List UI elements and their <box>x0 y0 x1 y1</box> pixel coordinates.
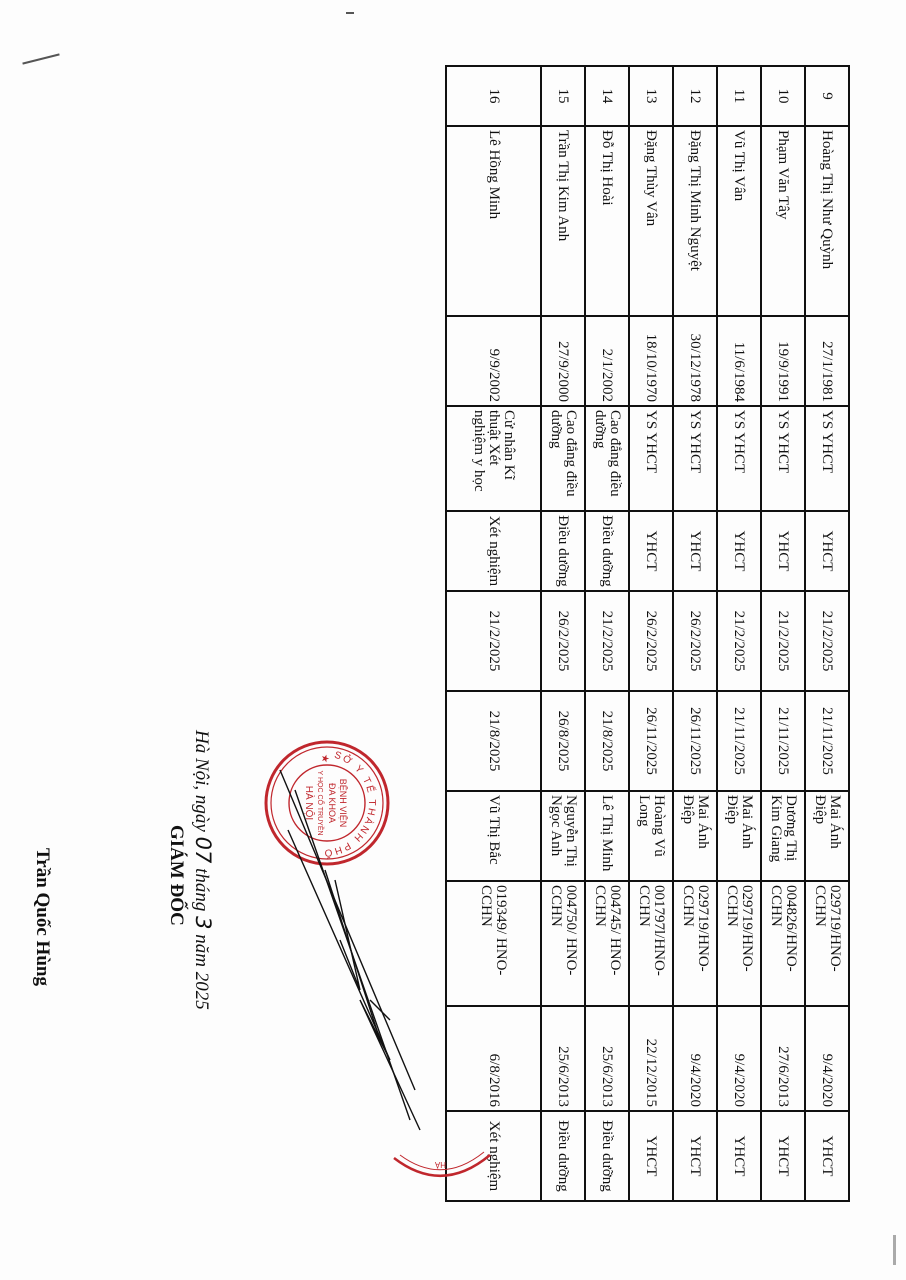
signature-block: Hà Nội, ngày 07 tháng 3 năm 2025 GIÁM ĐỐ… <box>15 730 215 1150</box>
cell-den-ngay: 26/8/2025 <box>541 691 585 791</box>
cell-nguoi-huong-dan: Mai Ánh Điệp <box>805 791 849 881</box>
cell-pham-vi: YHCT <box>805 1111 849 1201</box>
table-row: 14Đỗ Thị Hoài2/1/2002Cao đẳng điều dưỡng… <box>585 66 629 1201</box>
handwritten-signature-icon <box>240 760 440 1140</box>
cell-chuyen-mon: YHCT <box>717 511 761 591</box>
cell-ho-ten: Lê Hồng Minh <box>446 126 541 316</box>
cell-ngay-sinh: 19/9/1991 <box>761 316 805 406</box>
staff-table: 9Hoàng Thị Như Quỳnh27/1/1981YS YHCTYHCT… <box>445 65 850 1202</box>
cell-den-ngay: 21/8/2025 <box>446 691 541 791</box>
scan-mark <box>346 12 354 14</box>
cell-trinh-do: YS YHCT <box>717 406 761 511</box>
date-month: 3 <box>191 916 215 929</box>
cell-tu-ngay: 21/2/2025 <box>585 591 629 691</box>
cell-nguoi-huong-dan: Nguyễn Thị Ngọc Anh <box>541 791 585 881</box>
date-day: 07 <box>191 837 215 864</box>
cell-trinh-do: Cao đẳng điều dưỡng <box>585 406 629 511</box>
cell-ngay-sinh: 27/1/1981 <box>805 316 849 406</box>
cell-ngay-sinh: 2/1/2002 <box>585 316 629 406</box>
table-row: 16Lê Hồng Minh9/9/2002Cử nhân Kĩ thuật X… <box>446 66 541 1201</box>
cell-so-cchn: 029719/HNO-CCHN <box>717 881 761 1006</box>
cell-tu-ngay: 21/2/2025 <box>761 591 805 691</box>
cell-chuyen-mon: Điều dưỡng <box>541 511 585 591</box>
cell-ngay-sinh: 9/9/2002 <box>446 316 541 406</box>
cell-nguoi-huong-dan: Vũ Thị Bắc <box>446 791 541 881</box>
table-row: 10Phạm Văn Tây19/9/1991YS YHCTYHCT21/2/2… <box>761 66 805 1201</box>
cell-stt: 14 <box>585 66 629 126</box>
cell-trinh-do: Cao đẳng điều dưỡng <box>541 406 585 511</box>
table-row: 13Đặng Thùy Vân18/10/1970YS YHCTYHCT26/2… <box>629 66 673 1201</box>
cell-chuyen-mon: YHCT <box>629 511 673 591</box>
cell-so-cchn: 004745/ HNO-CCHN <box>585 881 629 1006</box>
partial-stamp-icon: HÀ <box>392 1150 492 1210</box>
cell-nguoi-huong-dan: Lê Thị Minh <box>585 791 629 881</box>
cell-ho-ten: Đặng Thùy Vân <box>629 126 673 316</box>
cell-stt: 15 <box>541 66 585 126</box>
cell-chuyen-mon: YHCT <box>805 511 849 591</box>
cell-ngay-sinh: 27/9/2000 <box>541 316 585 406</box>
cell-den-ngay: 26/11/2025 <box>629 691 673 791</box>
cell-ngay-cap: 25/6/2013 <box>541 1006 585 1111</box>
scan-mark <box>22 53 59 64</box>
date-prefix: Hà Nội, ngày <box>191 730 212 832</box>
cell-tu-ngay: 21/2/2025 <box>717 591 761 691</box>
cell-tu-ngay: 26/2/2025 <box>673 591 717 691</box>
date-month-label: tháng <box>191 868 212 911</box>
date-year: 2025 <box>191 972 212 1010</box>
cell-ngay-sinh: 11/6/1984 <box>717 316 761 406</box>
cell-stt: 11 <box>717 66 761 126</box>
cell-nguoi-huong-dan: Mai Ánh Điệp <box>717 791 761 881</box>
cell-stt: 10 <box>761 66 805 126</box>
cell-so-cchn: 029719/HNO-CCHN <box>805 881 849 1006</box>
cell-ngay-sinh: 30/12/1978 <box>673 316 717 406</box>
cell-stt: 12 <box>673 66 717 126</box>
table-row: 12Đặng Thị Minh Nguyệt30/12/1978YS YHCTY… <box>673 66 717 1201</box>
cell-pham-vi: YHCT <box>717 1111 761 1201</box>
cell-ngay-cap: 6/8/2016 <box>446 1006 541 1111</box>
cell-ho-ten: Phạm Văn Tây <box>761 126 805 316</box>
cell-ho-ten: Đỗ Thị Hoài <box>585 126 629 316</box>
cell-so-cchn: 029719/HNO-CCHN <box>673 881 717 1006</box>
date-year-label: năm <box>191 934 212 967</box>
cell-pham-vi: Điều dưỡng <box>541 1111 585 1201</box>
cell-pham-vi: Điều dưỡng <box>585 1111 629 1201</box>
cell-trinh-do: YS YHCT <box>673 406 717 511</box>
cell-ngay-cap: 9/4/2020 <box>805 1006 849 1111</box>
cell-so-cchn: 004750/ HNO-CCHN <box>541 881 585 1006</box>
cell-chuyen-mon: YHCT <box>673 511 717 591</box>
cell-nguoi-huong-dan: Hoàng Vũ Long <box>629 791 673 881</box>
cell-ho-ten: Đặng Thị Minh Nguyệt <box>673 126 717 316</box>
cell-pham-vi: YHCT <box>761 1111 805 1201</box>
cell-den-ngay: 21/8/2025 <box>585 691 629 791</box>
cell-tu-ngay: 26/2/2025 <box>629 591 673 691</box>
table-row: 15Trần Thị Kim Anh27/9/2000Cao đẳng điều… <box>541 66 585 1201</box>
cell-so-cchn: 019349/ HNO-CCHN <box>446 881 541 1006</box>
cell-tu-ngay: 26/2/2025 <box>541 591 585 691</box>
cell-ho-ten: Hoàng Thị Như Quỳnh <box>805 126 849 316</box>
cell-pham-vi: YHCT <box>629 1111 673 1201</box>
table-row: 11Vũ Thị Vân11/6/1984YS YHCTYHCT21/2/202… <box>717 66 761 1201</box>
table-row: 9Hoàng Thị Như Quỳnh27/1/1981YS YHCTYHCT… <box>805 66 849 1201</box>
staff-table-rotated: 9Hoàng Thị Như Quỳnh27/1/1981YS YHCTYHCT… <box>445 65 850 1200</box>
cell-ngay-cap: 22/12/2015 <box>629 1006 673 1111</box>
cell-chuyen-mon: Xét nghiệm <box>446 511 541 591</box>
cell-stt: 13 <box>629 66 673 126</box>
cell-ho-ten: Trần Thị Kim Anh <box>541 126 585 316</box>
scan-mark <box>893 1235 896 1265</box>
cell-nguoi-huong-dan: Mai Ánh Điệp <box>673 791 717 881</box>
cell-den-ngay: 21/11/2025 <box>717 691 761 791</box>
cell-ngay-sinh: 18/10/1970 <box>629 316 673 406</box>
cell-ngay-cap: 9/4/2020 <box>673 1006 717 1111</box>
cell-trinh-do: YS YHCT <box>629 406 673 511</box>
cell-nguoi-huong-dan: Dương Thị Kim Giang <box>761 791 805 881</box>
cell-stt: 9 <box>805 66 849 126</box>
signer-name: Trần Quốc Hùng <box>31 848 53 986</box>
cell-so-cchn: 001797l/HNO-CCHN <box>629 881 673 1006</box>
signature-date: Hà Nội, ngày 07 tháng 3 năm 2025 <box>190 730 215 1010</box>
cell-tu-ngay: 21/2/2025 <box>446 591 541 691</box>
cell-ngay-cap: 27/6/2013 <box>761 1006 805 1111</box>
signer-title: GIÁM ĐỐC <box>165 825 187 926</box>
cell-ngay-cap: 9/4/2020 <box>717 1006 761 1111</box>
cell-so-cchn: 004826/HNO-CCHN <box>761 881 805 1006</box>
cell-trinh-do: Cử nhân Kĩ thuật Xét nghiệm y học <box>446 406 541 511</box>
cell-ngay-cap: 25/6/2013 <box>585 1006 629 1111</box>
svg-text:HÀ: HÀ <box>434 1160 446 1169</box>
cell-ho-ten: Vũ Thị Vân <box>717 126 761 316</box>
cell-chuyen-mon: Điều dưỡng <box>585 511 629 591</box>
cell-trinh-do: YS YHCT <box>805 406 849 511</box>
cell-den-ngay: 21/11/2025 <box>805 691 849 791</box>
cell-stt: 16 <box>446 66 541 126</box>
cell-den-ngay: 26/11/2025 <box>673 691 717 791</box>
cell-den-ngay: 21/11/2025 <box>761 691 805 791</box>
cell-pham-vi: YHCT <box>673 1111 717 1201</box>
cell-trinh-do: YS YHCT <box>761 406 805 511</box>
cell-tu-ngay: 21/2/2025 <box>805 591 849 691</box>
cell-chuyen-mon: YHCT <box>761 511 805 591</box>
